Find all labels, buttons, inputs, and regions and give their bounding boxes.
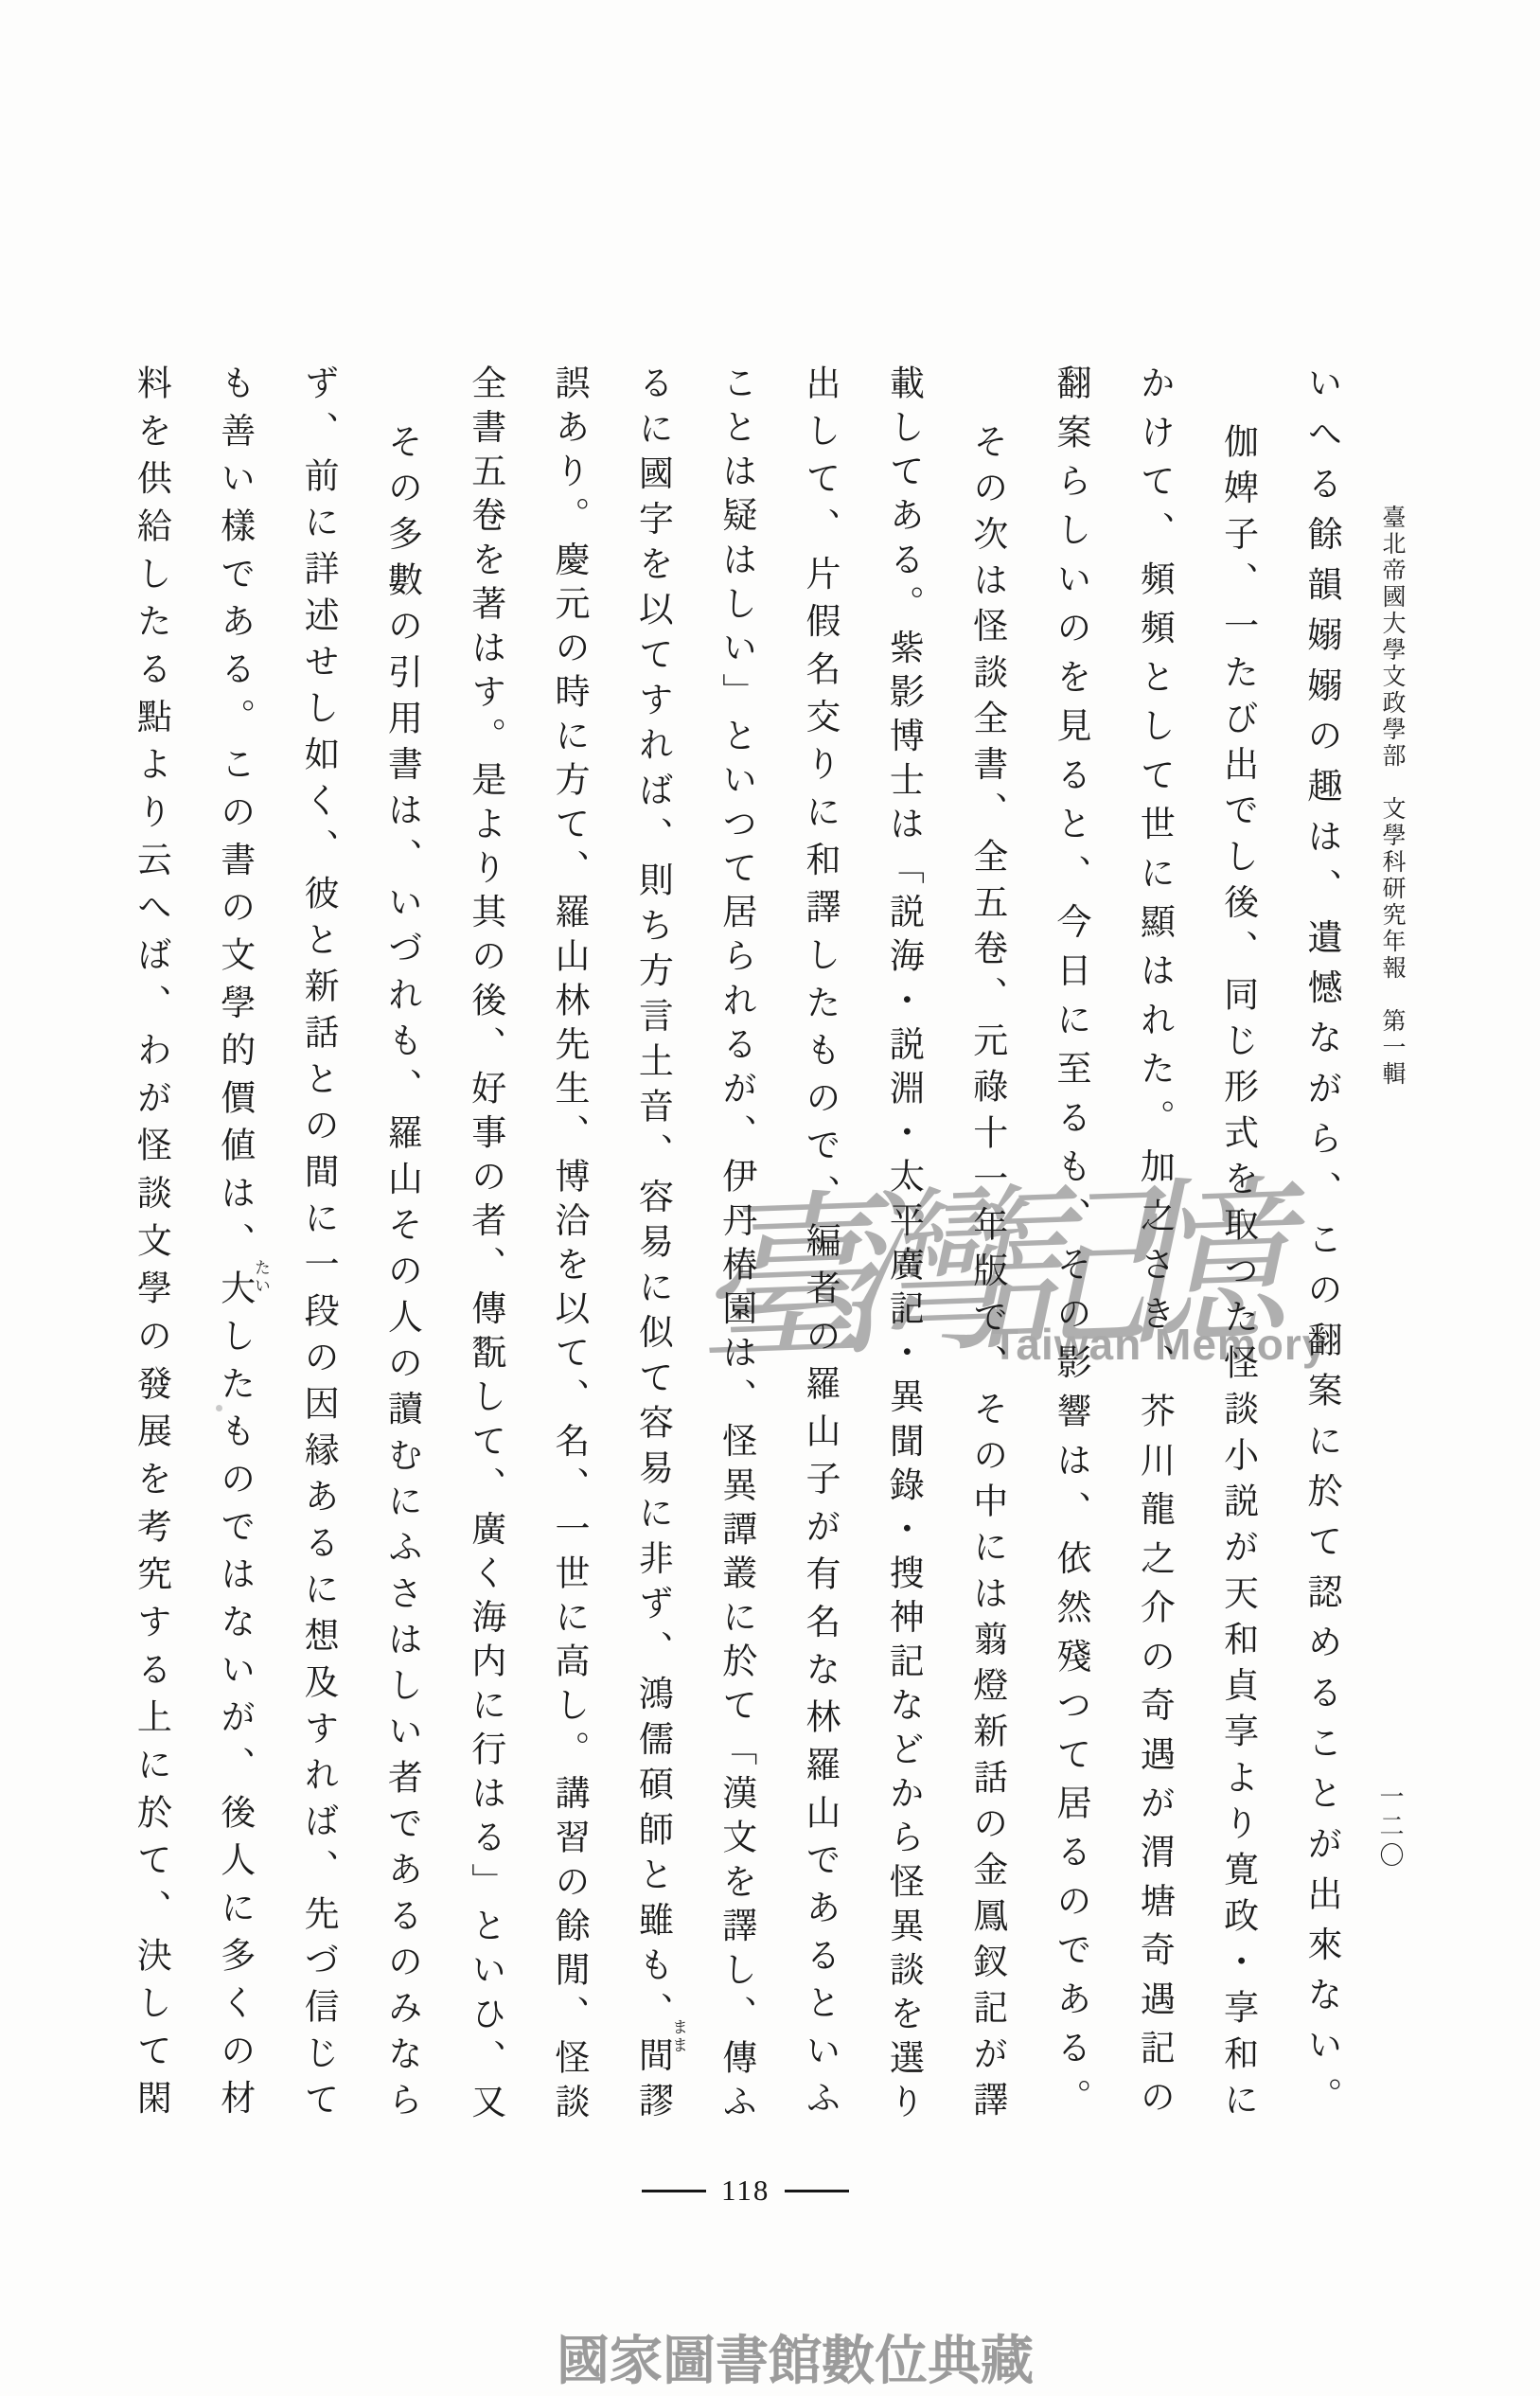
text-column-13: ず、前に詳述せし如く、彼と新話との間に一段の因縁あるに想及すれば、先づ信じて (275, 364, 359, 2127)
text-column-11: 全書五卷を著はす。是より其の後、好事の者、傳翫して、廣く海内に行はる」といひ、又 (442, 364, 525, 2127)
page-number-right-dash (785, 2190, 849, 2192)
text-column-9: るに國字を以てすれば、則ち方言土音、容易に似て容易に非ず、鴻儒碩師と雖も、間謬 (610, 364, 693, 2127)
scanned-document-page: 臺灣記憶 Taiwan Memory 臺北帝國大學文政學部 文學科研究年報 第一… (0, 0, 1540, 2396)
text-column-1: いへる餘韻嫋嫋の趣は、遺憾ながら、この翻案に於て認めることが出來ない。 (1279, 364, 1362, 2127)
text-column-14: も善い樣である。この書の文學的價値は、大したものではないが、後人に多くの材 (191, 364, 274, 2127)
text-column-15: 料を供給したる點より云へば、わが怪談文學の發展を考究する上に於て、決して閑 (108, 364, 191, 2127)
text-column-3: かけて、頻頻として世に顯はれた。加之さき、芥川龍之介の奇遇が渭塘奇遇記の (1111, 364, 1195, 2127)
archive-credit: 國家圖書館數位典藏 (557, 2319, 1034, 2395)
page-number-text: 118 (721, 2174, 770, 2208)
volume-page-number: 一二〇 (1372, 1784, 1407, 1872)
running-head-title: 臺北帝國大學文政學部 文學科研究年報 第一輯 (1371, 505, 1412, 1088)
text-column-10: 誤あり。慶元の時に方て、羅山林先生、博洽を以て、名、一世に高し。講習の餘閒、怪談 (526, 364, 610, 2127)
text-column-4: 翻案らしいのを見ると、今日に至るも、その影響は、依然殘つて居るのである。 (1028, 364, 1111, 2127)
ruby-note-sic: まま (666, 2018, 690, 2054)
text-column-12: その多數の引用書は、いづれも、羅山その人の讀むにふさはしい者であるのみなら (359, 364, 442, 2127)
main-text-block: いへる餘韻嫋嫋の趣は、遺憾ながら、この翻案に於て認めることが出來ない。 伽婢子、… (108, 364, 1362, 2127)
text-column-5: その次は怪談全書、全五卷、元祿十一年版で、その中には翦燈新話の金鳳釵記が譯 (944, 364, 1027, 2127)
text-column-8: ことは疑はしい」といつて居られるが、伊丹椿園は、怪異譚叢に於て「漢文を譯し、傳ふ (693, 364, 776, 2127)
printed-page-number: 118 (642, 2174, 849, 2208)
text-column-6: 載してある。紫影博士は「説海・説淵・太平廣記・異聞錄・搜神記などから怪異談を選り (860, 364, 944, 2127)
page-number-left-dash (642, 2190, 706, 2192)
text-column-2: 伽婢子、一たび出でし後、同じ形式を取つた怪談小説が天和貞享より寛政・享和に (1195, 364, 1278, 2127)
ruby-note-tai: たい (249, 1259, 273, 1295)
text-column-7: 出して、片假名交りに和譯したもので、編者の羅山子が有名な林羅山であるといふ (777, 364, 860, 2127)
